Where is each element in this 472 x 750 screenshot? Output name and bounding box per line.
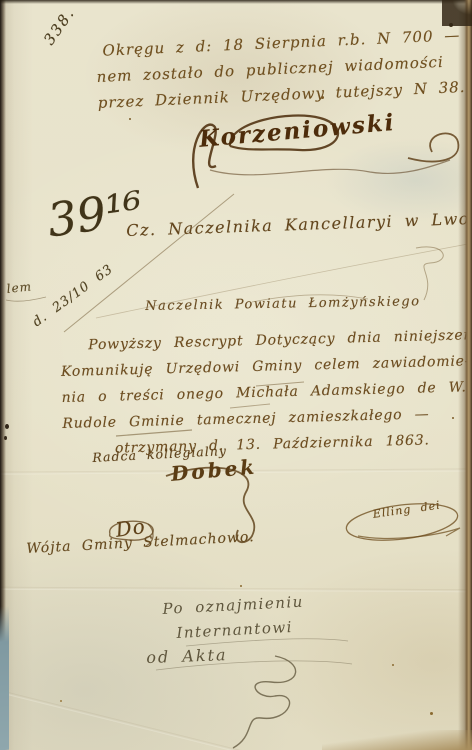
blue-sheet-edge <box>0 606 9 750</box>
paraph-flourish <box>340 492 470 552</box>
scan-edge-top <box>0 0 472 4</box>
paper-speck <box>392 664 394 666</box>
paper-speck <box>60 700 62 702</box>
margin-underline-stroke <box>6 297 46 301</box>
under-page-corner <box>322 730 472 750</box>
heading-tail-flourish <box>416 247 443 300</box>
scan-edge-right <box>458 0 472 750</box>
scan-corner-top-right <box>442 0 472 26</box>
document-scan: 338. Okręgu z d: 18 Sierpnia r.b. N 700 … <box>0 0 472 750</box>
paper-speck <box>240 585 242 587</box>
paper-speck <box>321 96 324 99</box>
paper-speck <box>430 712 433 715</box>
body-paragraph: Powyższy Rescrypt Dotyczący dnia niniejs… <box>60 322 472 463</box>
paper-speck <box>129 118 131 120</box>
margin-note: lem <box>6 279 33 296</box>
paper-speck <box>452 417 454 419</box>
bottom-note-flourish <box>205 652 335 750</box>
